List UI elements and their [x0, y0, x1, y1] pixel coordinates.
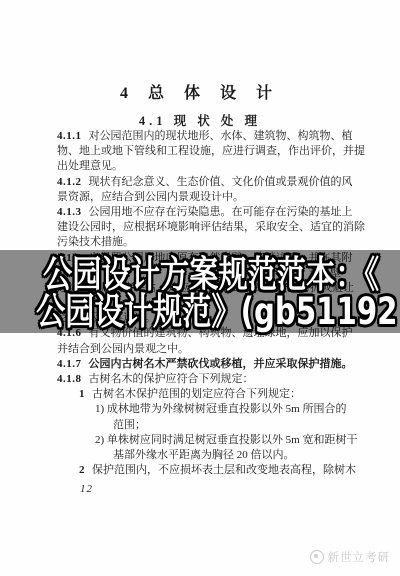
clause-text: 物、地上或地下管线和工程设施，应进行调查，作出评价，并提: [57, 145, 365, 157]
clause-text: 出处理意见。: [57, 160, 123, 172]
clause-text: 基部外缘水平距离为胸径 20 倍以内。: [113, 449, 295, 461]
clause-number: 2: [79, 464, 85, 476]
overlay-title-line-1: 公园设计方案规范范本：《: [43, 256, 379, 294]
clause-text: 2) 单株树应同时满足树冠垂直投影以外 5m 宽和距树干: [95, 434, 357, 446]
text-line: 出处理意见。: [57, 159, 357, 174]
overlay-title-line-2: 公园设计规范》(gb51192: [36, 293, 398, 331]
text-line: 建设公园时，应根据环境影响评估结果，采取安全、适宜的消除: [57, 220, 357, 235]
clause-text: 保护范围内，不应损坏表土层和改变地表高程，除树木: [92, 464, 356, 476]
chapter-heading: 4 总 体 设 计: [0, 80, 400, 103]
clause-number: 4.1.7: [57, 358, 82, 370]
clause-text: 1) 成林地带为外缘树树冠垂直投影以外 5m 所围合的: [95, 403, 346, 415]
page-number: 12: [80, 483, 93, 495]
text-line: 基部外缘水平距离为胸径 20 倍以内。: [57, 448, 357, 463]
clause-text: 污染技术措施。: [57, 236, 134, 248]
clause-text: 古树名木保护范围的划定应符合下列规定：: [92, 388, 301, 400]
clause-text: 现状有纪念意义、生态价值、文化价值或景观价值的风: [89, 176, 353, 188]
clause-number: 4.1.3: [57, 206, 82, 218]
clause-text: 建设公园时，应根据环境影响评估结果，采取安全、适宜的消除: [57, 221, 365, 233]
text-line: 4.1.3公园用地不应存在污染隐患。在可能存在污染的基址上: [57, 205, 357, 220]
text-line: 景资源，应结合到公园内景观设计中。: [57, 190, 357, 205]
text-line: 污染技术措施。: [57, 235, 357, 250]
text-line: 4.1.1对公园范围内的现状地形、水体、建筑物、构筑物、植: [57, 129, 357, 144]
clause-text: 公园内古树名木严禁砍伐或移植，并应采取保护措施。: [89, 358, 353, 370]
text-line: 4.1.2现状有纪念意义、生态价值、文化价值或景观价值的风: [57, 175, 357, 190]
watermark: 新世立考研: [310, 549, 391, 565]
clause-text: 并结合到公园内景观之中。: [57, 343, 189, 355]
text-line: 1) 成林地带为外缘树树冠垂直投影以外 5m 所围合的: [57, 402, 357, 417]
text-line: 2保护范围内，不应损坏表土层和改变地表高程，除树木: [57, 463, 357, 478]
scanned-document-page: 4 总 体 设 计 4.1 现 状 处 理 4.1.1对公园范围内的现状地形、水…: [0, 0, 400, 576]
watermark-logo-icon: [310, 550, 324, 564]
clause-number: 4.1.1: [57, 130, 82, 142]
clause-text: 古树名木的保护应符合下列规定：: [89, 373, 254, 385]
watermark-text: 新世立考研: [328, 549, 391, 565]
text-line: 1古树名木保护范围的划定应符合下列规定：: [57, 387, 357, 402]
section-heading: 4.1 现 状 处 理: [0, 111, 400, 129]
clause-text: 对公园范围内的现状地形、水体、建筑物、构筑物、植: [89, 130, 353, 142]
clause-number: 4.1.2: [57, 176, 82, 188]
clause-text: 景资源，应结合到公园内景观设计中。: [57, 191, 244, 203]
clause-text: 公园用地不应存在污染隐患。在可能存在污染的基址上: [89, 206, 353, 218]
text-line: 4.1.7公园内古树名木严禁砍伐或移植，并应采取保护措施。: [57, 357, 357, 372]
clause-number: 4.1.8: [57, 373, 82, 385]
text-line: 并结合到公园内景观之中。: [57, 342, 357, 357]
clause-text: 范围；: [113, 419, 146, 431]
text-line: 2) 单株树应同时满足树冠垂直投影以外 5m 宽和距树干: [57, 433, 357, 448]
text-line: 4.1.8古树名木的保护应符合下列规定：: [57, 372, 357, 387]
text-line: 物、地上或地下管线和工程设施，应进行调查，作出评价，并提: [57, 144, 357, 159]
text-line: 范围；: [57, 418, 357, 433]
clause-number: 1: [79, 388, 85, 400]
